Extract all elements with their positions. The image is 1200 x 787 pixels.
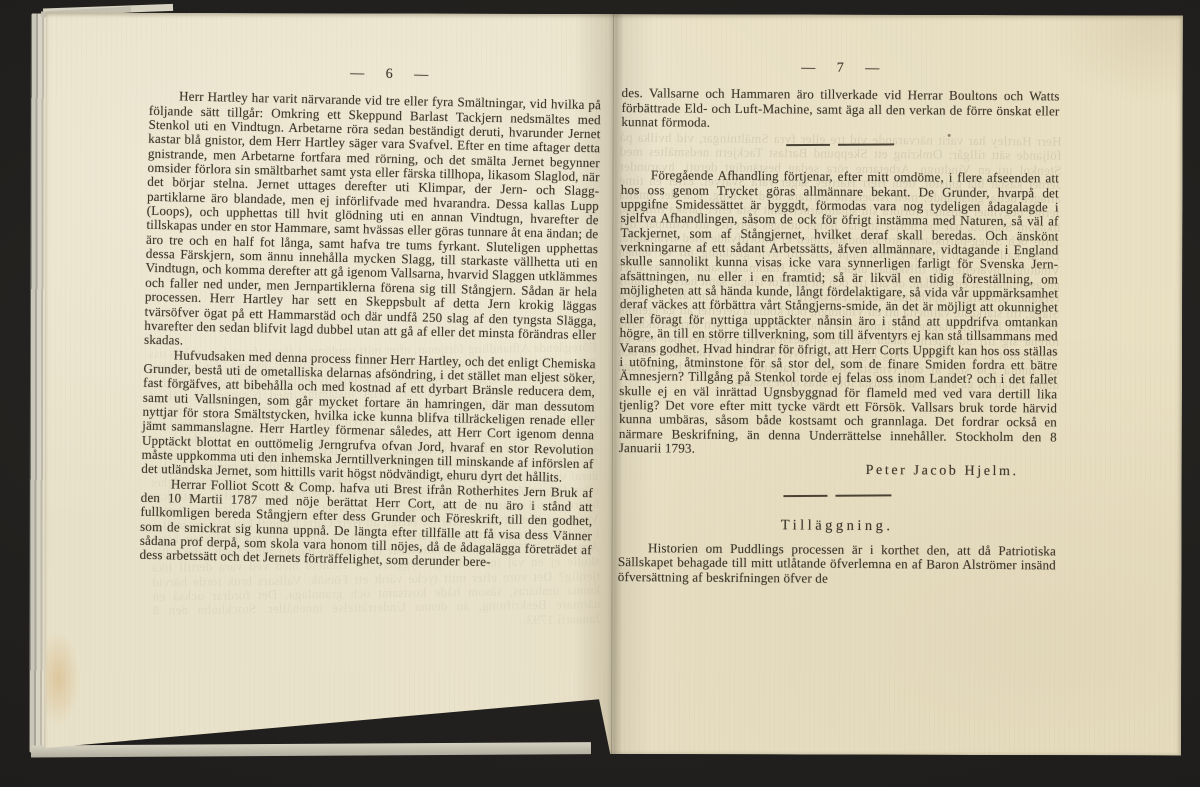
book-spread: Herr Hartley har varit närvarande vid tr… bbox=[29, 8, 1185, 761]
paragraph-smelting-process: Herr Hartley har varit närvarande vid tr… bbox=[144, 89, 601, 357]
right-page: — 7 — des. Vallsarne och Hammaren äro ti… bbox=[618, 60, 1060, 587]
left-page-number: — 6 — bbox=[164, 63, 616, 87]
paragraph-afterword: Föregående Afhandling förtjenar, efter m… bbox=[619, 168, 1059, 458]
left-page: — 6 — Herr Hartley har varit närvarande … bbox=[139, 63, 601, 572]
section-divider bbox=[783, 494, 891, 497]
paper-stain bbox=[46, 631, 80, 727]
paper-surface: Herr Hartley har varit närvarande vid tr… bbox=[44, 13, 1183, 756]
section-divider bbox=[786, 144, 894, 147]
page-edge-stack-bottom bbox=[31, 742, 591, 757]
paragraph-folliot-scott: Herrar Folliot Scott & Comp. hafva uti B… bbox=[139, 476, 593, 572]
paragraph-continuation: des. Vallsarne och Hammaren äro tillverk… bbox=[621, 86, 1059, 132]
right-page-number: — 7 — bbox=[622, 60, 1060, 78]
scan-background: Herr Hartley har varit närvarande vid tr… bbox=[0, 0, 1200, 787]
gutter-crease bbox=[611, 14, 614, 754]
addendum-heading: Tilläggning. bbox=[618, 517, 1056, 535]
signature: Peter Jacob Hjelm. bbox=[619, 462, 1057, 480]
paragraph-addendum: Historien om Puddlings processen är i ko… bbox=[618, 541, 1056, 587]
paragraph-hufvudsaken: Hufvudsaken med denna process finner Her… bbox=[141, 347, 596, 486]
paper-stain bbox=[1043, 15, 1183, 105]
